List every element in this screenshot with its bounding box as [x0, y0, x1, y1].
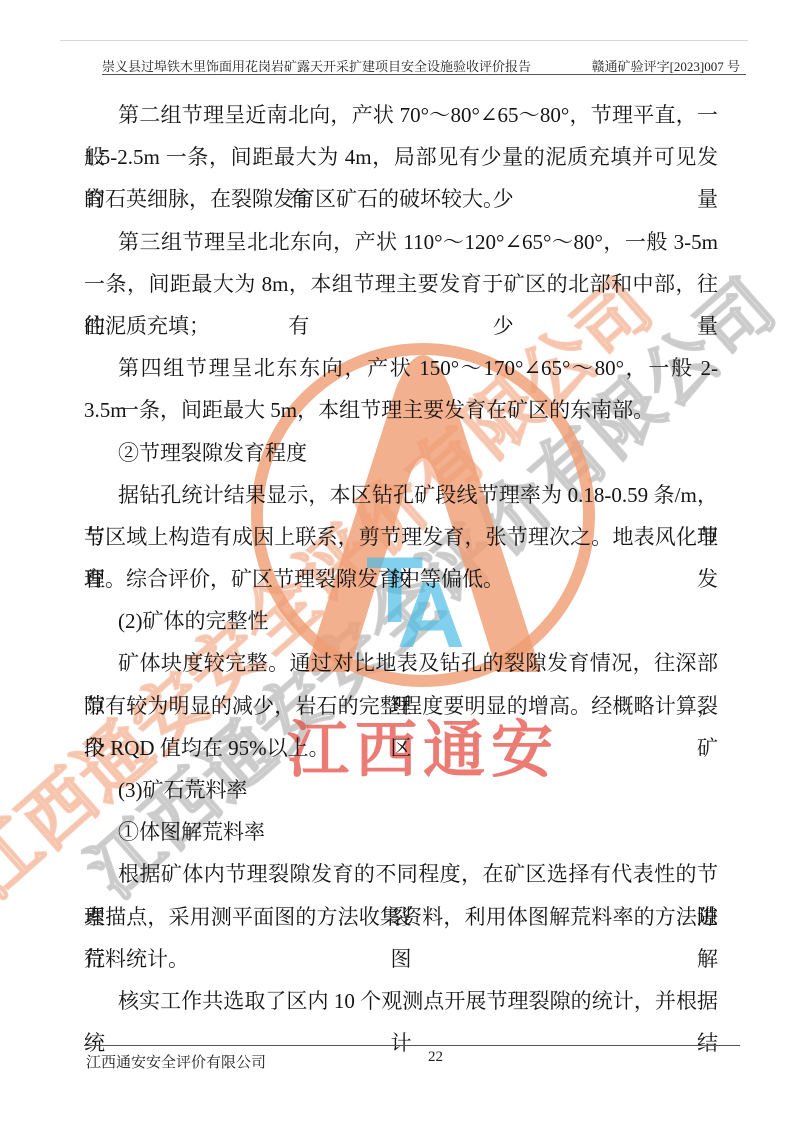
body-line: 核实工作共选取了区内 10 个观测点开展节理裂隙的统计，并根据统计结 — [84, 980, 718, 1022]
body-text: 第二组节理呈近南北向，产状 70°～80°∠65～80°，节理平直，一般 1.5… — [84, 94, 718, 1022]
footer-company-name: 江西通安安全评价有限公司 — [86, 1051, 266, 1072]
body-line: 矿体块度较完整。通过对比地表及钻孔的裂隙发育情况，往深部节理裂 — [84, 642, 718, 684]
content-layer: 崇义县过埠铁木里饰面用花岗岩矿露天开采扩建项目安全设施验收评价报告 赣通矿验评字… — [0, 0, 800, 1131]
body-line: 1.5-2.5m 一条，间距最大为 4m，局部见有少量的泥质充填并可见发育有少量 — [84, 136, 718, 178]
body-line: 第二组节理呈近南北向，产状 70°～80°∠65～80°，节理平直，一般 — [84, 94, 718, 136]
body-line: 据钻孔统计结果显示，本区钻孔矿段线节理率为 0.18-0.59 条/m，节理 — [84, 474, 718, 516]
body-line: (3)矿石荒料率 — [84, 769, 718, 811]
header-doc-number: 赣通矿验评字[2023]007 号 — [592, 56, 740, 75]
body-line: 隙有较为明显的减少，岩石的完整程度要明显的增高。经概略计算，个区矿 — [84, 685, 718, 727]
body-line: ②节理裂隙发育程度 — [84, 432, 718, 474]
body-line: 一条，间距最大 5m，本组节理主要发育在矿区的东南部。 — [84, 389, 718, 431]
body-line: 与区域上构造有成因上联系，剪节理发育，张节理次之。地表风化节理较发 — [84, 516, 718, 558]
page-top-rule — [60, 40, 748, 41]
footer-divider — [84, 1045, 740, 1046]
body-line: 素描点，采用测平面图的方法收集资料，利用体图解荒料率的方法进行图解 — [84, 896, 718, 938]
page-number: 22 — [428, 1049, 443, 1066]
body-line: 根据矿体内节理裂隙发育的不同程度，在矿区选择有代表性的节理裂隙 — [84, 853, 718, 895]
body-line: 第四组节理呈北东东向，产状 150°～170°∠65°～80°，一般 2-3.5… — [84, 347, 718, 389]
body-line: ①体图解荒料率 — [84, 811, 718, 853]
body-line: 一条，间距最大为 8m，本组节理主要发育于矿区的北部和中部，往往有少量 — [84, 263, 718, 305]
document-page: 江西通安安全评价有限公司 江西通安安全评价有限公司 T A 江西通安 崇义县过埠… — [0, 0, 800, 1131]
body-line: (2)矿体的完整性 — [84, 600, 718, 642]
header-divider — [102, 74, 746, 75]
header-report-title: 崇义县过埠铁木里饰面用花岗岩矿露天开采扩建项目安全设施验收评价报告 — [102, 56, 531, 75]
body-line: 第三组节理呈北北东向，产状 110°～120°∠65°～80°，一般 3-5m — [84, 221, 718, 263]
